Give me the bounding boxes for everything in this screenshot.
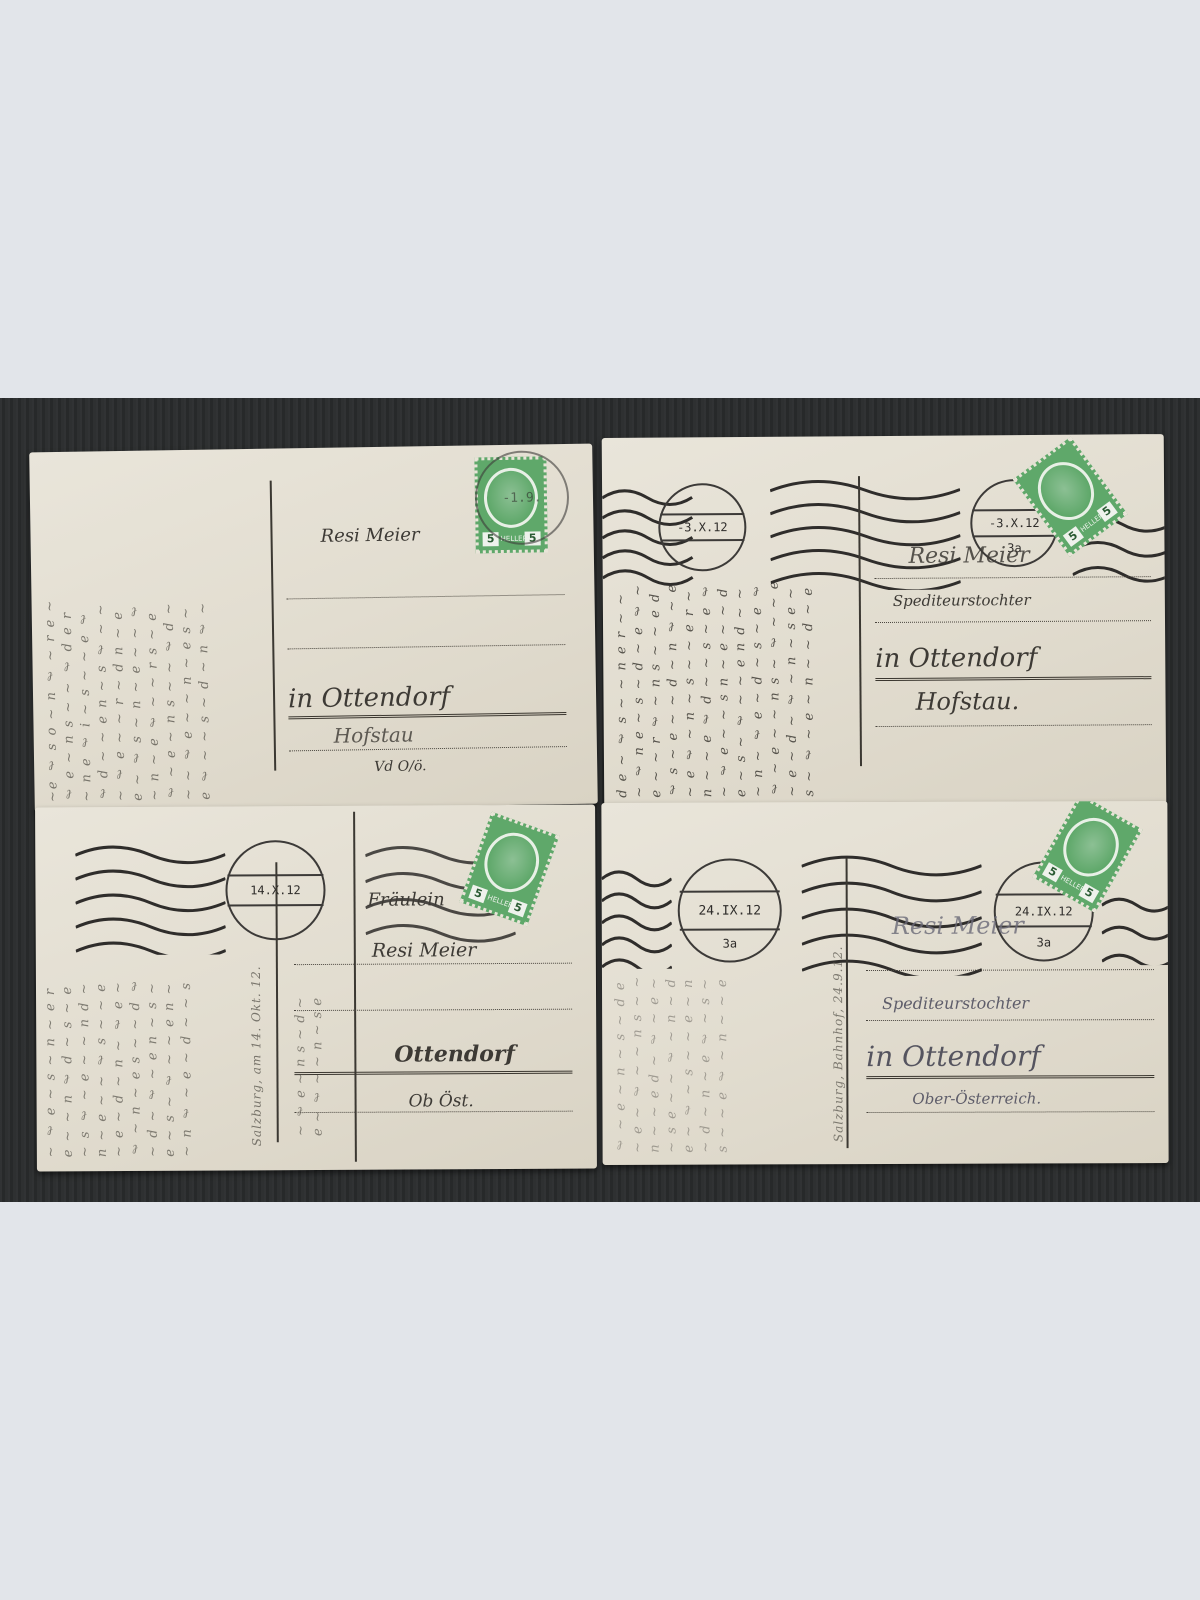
- card-divider: [270, 481, 277, 771]
- stamp-value: 5: [508, 899, 528, 918]
- postmark-date: -3.X.12: [989, 516, 1040, 530]
- postmark-date: -3.X.12: [677, 520, 728, 534]
- address-line: [287, 594, 565, 599]
- stamp-value: 5: [468, 885, 488, 904]
- sender-note: Salzburg, am 14. Okt. 12.: [247, 846, 266, 1146]
- postcard-4: ℓ ~ e ~ n ~ s ~ d e ~ e ~ ℓ ~ ~ n s ~ ~ …: [601, 801, 1168, 1165]
- address-region: Hofstau: [334, 722, 414, 747]
- message-handwriting: ~e ℓ s o ~ n ℓ ~ r e ~ ℓ e ~ n s ~ ~ ℓ d…: [39, 460, 214, 803]
- address-line: [295, 1111, 573, 1113]
- recipient-name: Resi Meier: [892, 912, 1024, 940]
- salutation: Fräulein: [367, 889, 444, 910]
- postmark-date: -1.9.: [502, 490, 541, 506]
- postmark: -1.9.: [474, 450, 569, 545]
- postmark: -3.X.12: [658, 483, 747, 572]
- sender-address: ~ ℓ e ~ n s ~ d ~ e ~ ℓ ~ ~ n ~ s e: [291, 816, 327, 1136]
- sender-note: Salzburg, Bahnhof, 24.9.12.: [830, 922, 848, 1142]
- cancellation-waves: [75, 834, 226, 955]
- postmark: 24.IX.12 3a: [678, 858, 782, 962]
- address-line: [876, 724, 1152, 727]
- postmark-date: 24.IX.12: [698, 903, 761, 918]
- address-town: in Ottendorf: [288, 682, 450, 715]
- address-line: [294, 963, 572, 965]
- address-province: Ober-Österreich.: [912, 1089, 1041, 1107]
- postmark-code: 3a: [680, 936, 780, 950]
- cancellation-waves: [602, 859, 672, 969]
- card-divider: [353, 812, 357, 1162]
- recipient-name: Resi Meier: [908, 543, 1029, 569]
- address-line: [866, 1075, 1154, 1079]
- address-region: Hofstau.: [915, 687, 1019, 716]
- address-line: [875, 620, 1151, 623]
- stamp-unit: HELLER: [1079, 514, 1103, 535]
- address-province: Ob Öst.: [409, 1091, 474, 1111]
- stamp-unit: HELLER: [1058, 874, 1082, 894]
- stamp-unit: HELLER: [486, 894, 510, 911]
- cancellation-waves: [770, 469, 961, 590]
- address-line: [289, 746, 567, 751]
- recipient-name: Resi Meier: [320, 524, 419, 547]
- address-town: in Ottendorf: [866, 1039, 1041, 1073]
- recipient-name: Resi Meier: [372, 939, 477, 962]
- postcard-2: d e ~ ℓ s ~ ~ n e r ~ ~ ~ ℓ n e ~ s ~ d …: [602, 434, 1167, 808]
- address-line: [875, 676, 1151, 681]
- address-line: [866, 969, 1154, 971]
- recipient-occupation: Spediteurstochter: [893, 591, 1031, 610]
- address-line: [294, 1071, 572, 1075]
- address-town: Ottendorf: [394, 1041, 515, 1068]
- recipient-occupation: Spediteurstochter: [882, 993, 1029, 1013]
- postcard-1: ~e ℓ s o ~ n ℓ ~ r e ~ ℓ e ~ n s ~ ~ ℓ d…: [29, 444, 598, 813]
- address-line: [866, 1019, 1154, 1021]
- emperor-portrait-icon: [476, 825, 547, 900]
- address-line: [294, 1009, 572, 1011]
- cancellation-waves: [1102, 885, 1169, 965]
- address-province: Vd O/ö.: [374, 758, 427, 775]
- address-line: [287, 644, 565, 649]
- address-line: [866, 1111, 1154, 1113]
- postcard-3: ~ ℓ e ~ s ~ n ~ e r e ~ ~ n ℓ d ~ s ~ e …: [35, 805, 597, 1172]
- address-town: in Ottendorf: [875, 643, 1037, 674]
